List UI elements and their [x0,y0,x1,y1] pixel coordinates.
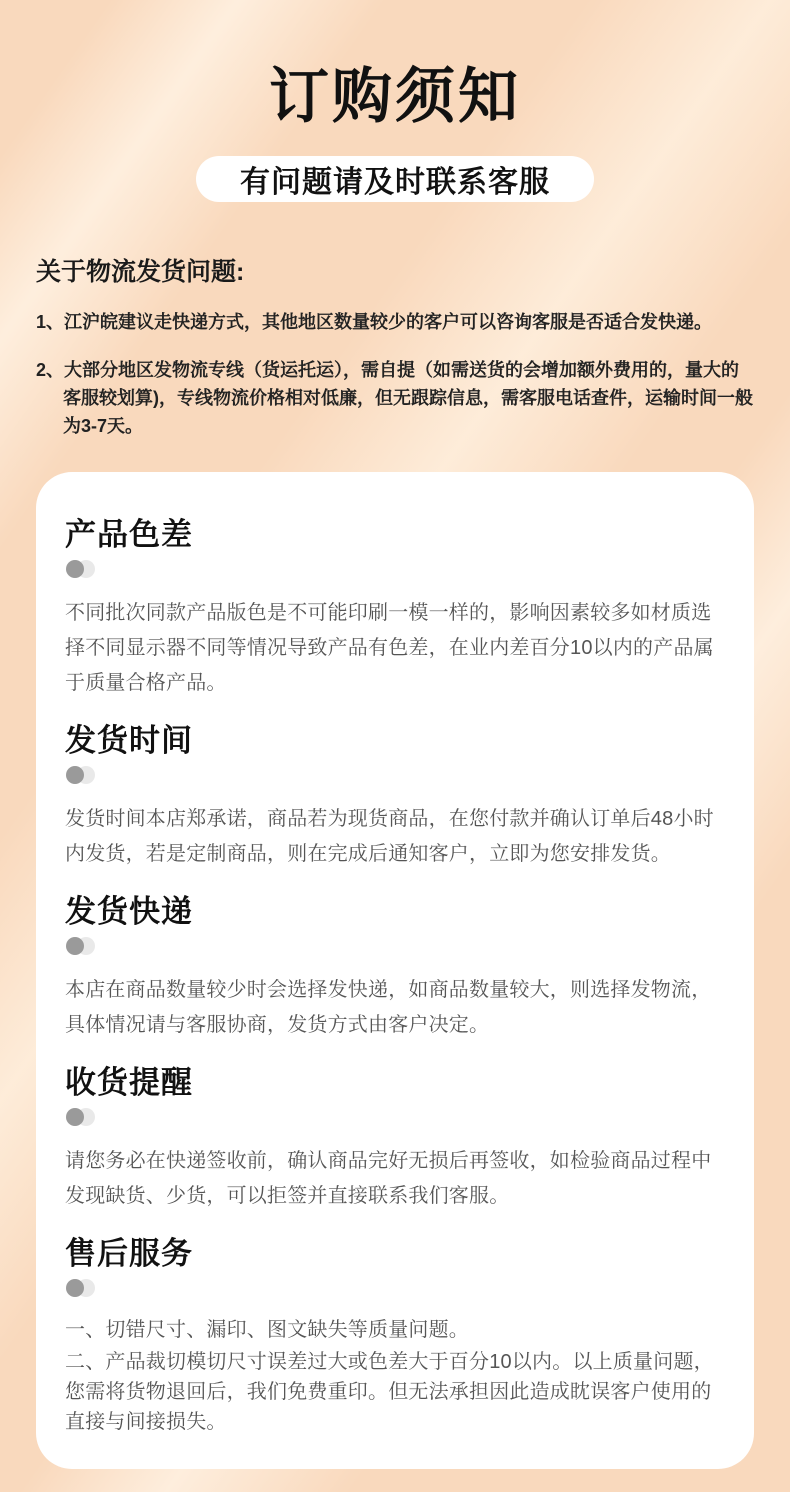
section-title: 发货时间 [65,724,726,758]
section-receiving-reminder: 收货提醒 请您务必在快递签收前，确认商品完好无损后再签收，如检验商品过程中 发现… [65,1066,726,1214]
section-shipping-express: 发货快递 本店在商品数量较少时会选择发快递，如商品数量较大，则选择发物流， 具体… [65,895,726,1043]
contact-service-badge: 有问题请及时联系客服 [196,156,594,202]
overlapping-dots-icon [66,937,96,955]
dot-dark-icon [66,937,84,955]
section-title: 售后服务 [65,1237,726,1271]
section-body: 请您务必在快递签收前，确认商品完好无损后再签收，如检验商品过程中 发现缺货、少货… [65,1144,726,1214]
logistics-intro-item: 2、大部分地区发物流专线（货运托运），需自提（如需送货的会增加额外费用的，量大的… [36,356,754,440]
section-after-sales: 售后服务 一、切错尺寸、漏印、图文缺失等质量问题。 二、产品裁切模切尺寸误差过大… [65,1237,726,1437]
dot-dark-icon [66,1108,84,1126]
section-body: 发货时间本店郑承诺，商品若为现货商品，在您付款并确认订单后48小时 内发货，若是… [65,802,726,872]
dot-dark-icon [66,560,84,578]
dot-dark-icon [66,1279,84,1297]
notice-card: 产品色差 不同批次同款产品版色是不可能印刷一模一样的，影响因素较多如材质选 择不… [36,472,754,1469]
overlapping-dots-icon [66,1279,96,1297]
dot-dark-icon [66,766,84,784]
section-title: 发货快递 [65,895,726,929]
section-title: 产品色差 [65,518,726,552]
contact-service-badge-label: 有问题请及时联系客服 [240,157,550,201]
section-body: 不同批次同款产品版色是不可能印刷一模一样的，影响因素较多如材质选 择不同显示器不… [65,596,726,701]
overlapping-dots-icon [66,1108,96,1126]
overlapping-dots-icon [66,766,96,784]
logistics-intro-heading: 关于物流发货问题: [36,252,754,288]
section-shipping-time: 发货时间 发货时间本店郑承诺，商品若为现货商品，在您付款并确认订单后48小时 内… [65,724,726,872]
section-color-difference: 产品色差 不同批次同款产品版色是不可能印刷一模一样的，影响因素较多如材质选 择不… [65,518,726,701]
section-body: 二、产品裁切模切尺寸误差过大或色差大于百分10以内。以上质量问题， 您需将货物退… [65,1347,726,1437]
section-title: 收货提醒 [65,1066,726,1100]
section-body: 一、切错尺寸、漏印、图文缺失等质量问题。 [65,1315,726,1345]
logistics-intro-item: 1、江沪皖建议走快递方式，其他地区数量较少的客户可以咨询客服是否适合发快递。 [36,308,754,336]
overlapping-dots-icon [66,560,96,578]
page-title: 订购须知 [0,0,790,130]
logistics-intro: 关于物流发货问题: 1、江沪皖建议走快递方式，其他地区数量较少的客户可以咨询客服… [36,252,754,440]
section-body: 本店在商品数量较少时会选择发快递，如商品数量较大，则选择发物流， 具体情况请与客… [65,973,726,1043]
